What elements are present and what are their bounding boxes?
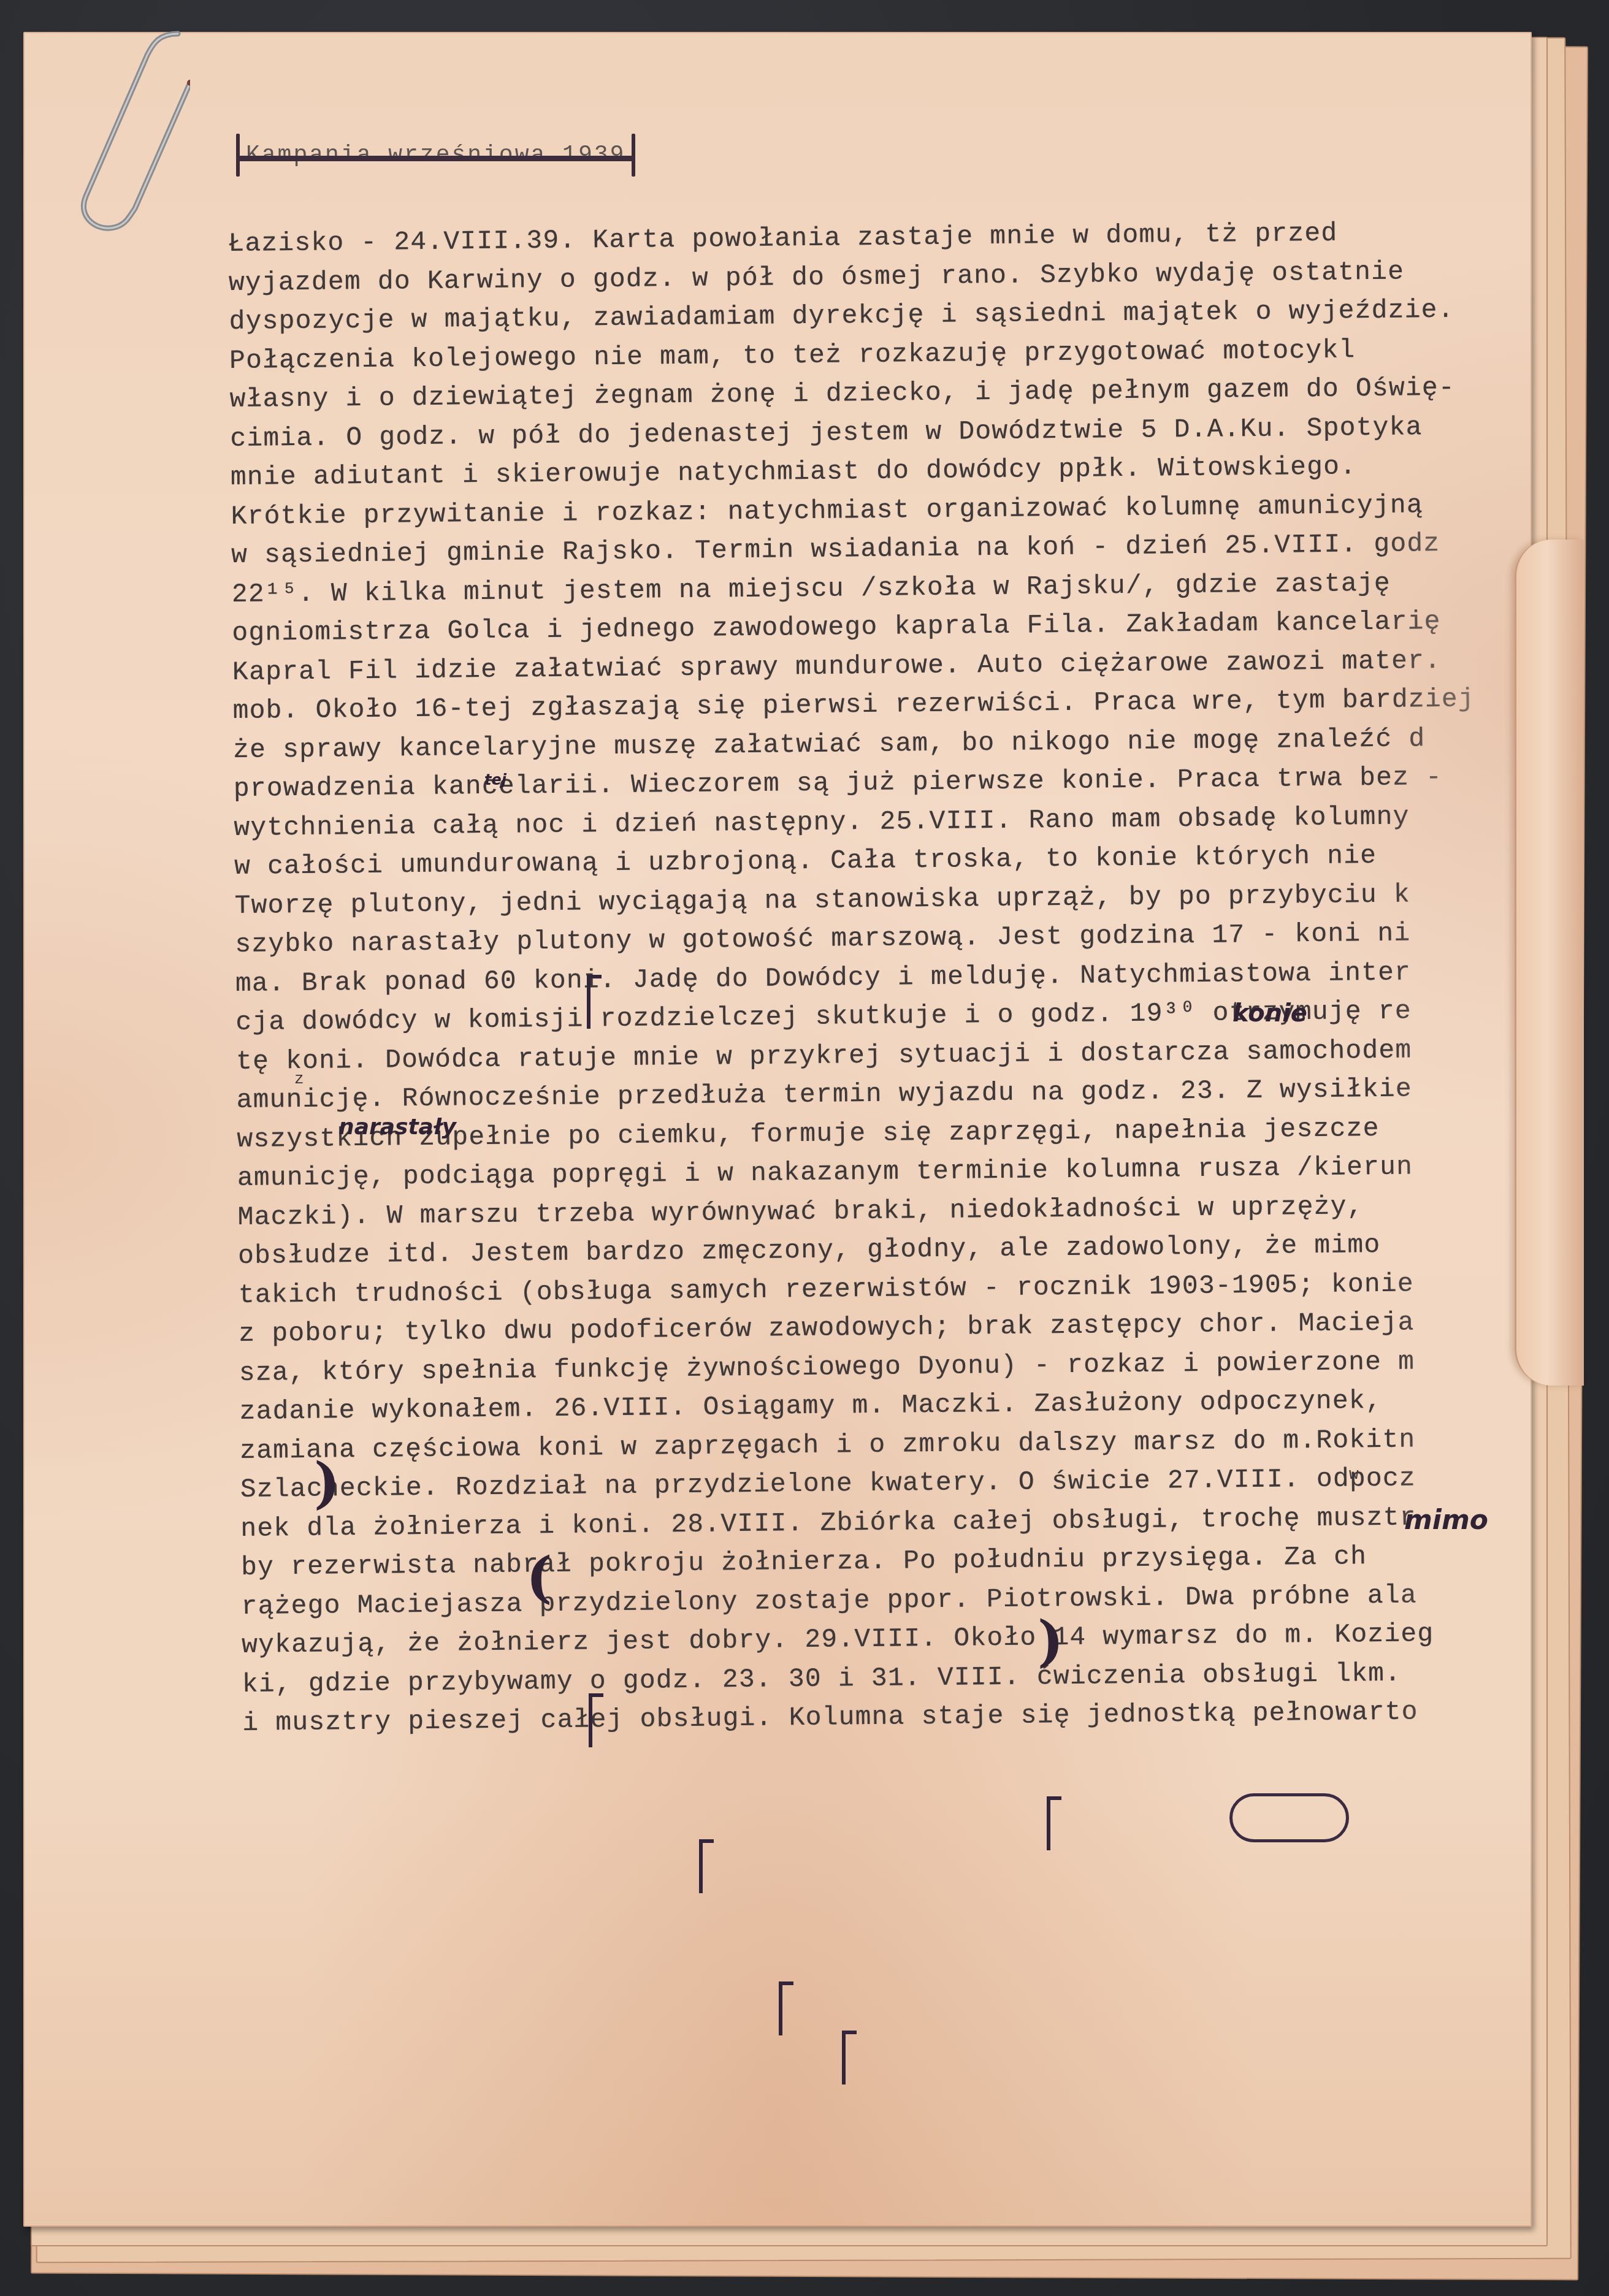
date-bracket-mark [779, 1981, 793, 2035]
handwritten-tej-superscript: tej [484, 771, 506, 788]
handwritten-narastaly: narastały [338, 1115, 456, 1140]
handwritten-konie: konie [1233, 999, 1307, 1028]
handwritten-open-paren: ( [526, 1550, 552, 1605]
handwritten-mimo: mimo [1404, 1505, 1488, 1536]
struck-title: Kampania wrześniowa 1939 [236, 134, 635, 177]
paperclip-icon [67, 31, 190, 233]
handwritten-close-paren: ) [314, 1455, 340, 1511]
date-bracket-mark [699, 1839, 714, 1893]
typed-z-superscript: z [294, 1070, 304, 1088]
date-bracket-mark [589, 1693, 603, 1747]
document-body: Łazisko - 24.VIII.39. Karta powołania za… [228, 212, 1549, 1743]
circled-date-mark [1229, 1793, 1349, 1842]
handwritten-close-paren: ) [1038, 1614, 1064, 1669]
title-text: Kampania wrześniowa 1939 [240, 142, 632, 169]
typed-w-superscript: w [1349, 1465, 1359, 1484]
date-bracket-mark [1047, 1796, 1061, 1850]
date-bracket-mark [587, 975, 602, 1029]
date-bracket-mark [842, 2031, 857, 2084]
